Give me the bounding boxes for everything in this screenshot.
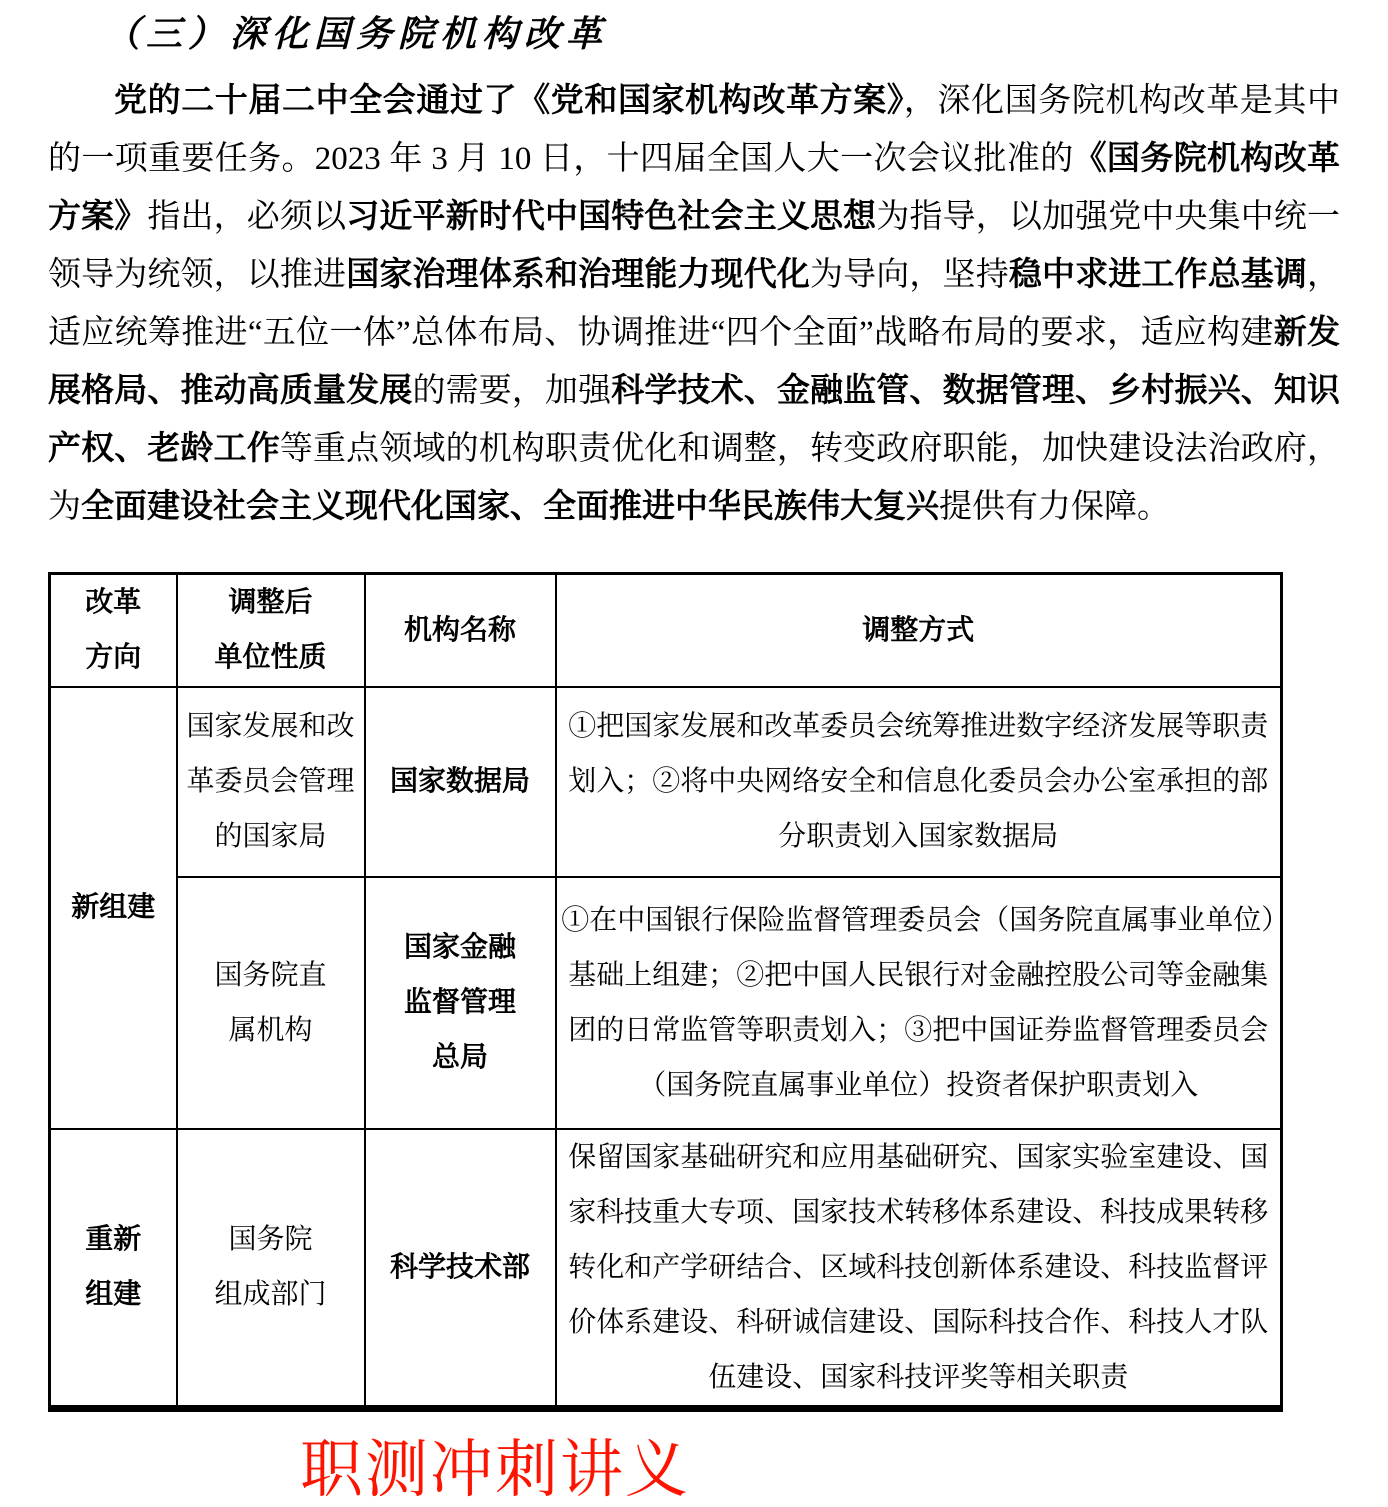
- cell-name-financial-admin: 国家金融 监督管理 总局: [365, 877, 556, 1129]
- header-adjustment-method: 调整方式: [556, 574, 1282, 687]
- cell-method-science-ministry: 保留国家基础研究和应用基础研究、国家实验室建设、国家科技重大专项、国家技术转移体…: [556, 1129, 1282, 1409]
- cell-direction-rebuilt: 重新 组建: [50, 1129, 177, 1409]
- cell-method-financial-admin: ①在中国银行保险监督管理委员会（国务院直属事业单位）基础上组建；②把中国人民银行…: [556, 877, 1282, 1129]
- table-row-financial-admin: 国务院直 属机构 国家金融 监督管理 总局 ①在中国银行保险监督管理委员会（国务…: [50, 877, 1282, 1129]
- cell-method-data-bureau: ①把国家发展和改革委员会统筹推进数字经济发展等职责划入；②将中央网络安全和信息化…: [556, 687, 1282, 877]
- cell-name-science-ministry: 科学技术部: [365, 1129, 556, 1409]
- cell-direction-newly-formed: 新组建: [50, 687, 177, 1129]
- cell-nature-data-bureau: 国家发展和改 革委员会管理 的国家局: [177, 687, 365, 877]
- header-reform-direction: 改革 方向: [50, 574, 177, 687]
- table-row-data-bureau: 新组建 国家发展和改 革委员会管理 的国家局 国家数据局 ①把国家发展和改革委员…: [50, 687, 1282, 877]
- watermark-text: 职测冲刺讲义: [300, 1419, 690, 1507]
- table-row-science-ministry: 重新 组建 国务院 组成部门 科学技术部 保留国家基础研究和应用基础研究、国家实…: [50, 1129, 1282, 1409]
- cell-nature-science-ministry: 国务院 组成部门: [177, 1129, 365, 1409]
- document-page: （三）深化国务院机构改革 党的二十届二中全会通过了《党和国家机构改革方案》，深化…: [0, 0, 1388, 1507]
- intro-paragraph: 党的二十届二中全会通过了《党和国家机构改革方案》，深化国务院机构改革是其中的一项…: [48, 72, 1340, 536]
- cell-name-data-bureau: 国家数据局: [365, 687, 556, 877]
- table-header-row: 改革 方向 调整后 单位性质 机构名称 调整方式: [50, 574, 1282, 687]
- header-institution-name: 机构名称: [365, 574, 556, 687]
- section-heading: （三）深化国务院机构改革: [104, 6, 608, 57]
- header-adjusted-unit-nature: 调整后 单位性质: [177, 574, 365, 687]
- cell-nature-financial-admin: 国务院直 属机构: [177, 877, 365, 1129]
- reform-table: 改革 方向 调整后 单位性质 机构名称 调整方式 新组建 国家发展和改 革委员会…: [48, 572, 1283, 1412]
